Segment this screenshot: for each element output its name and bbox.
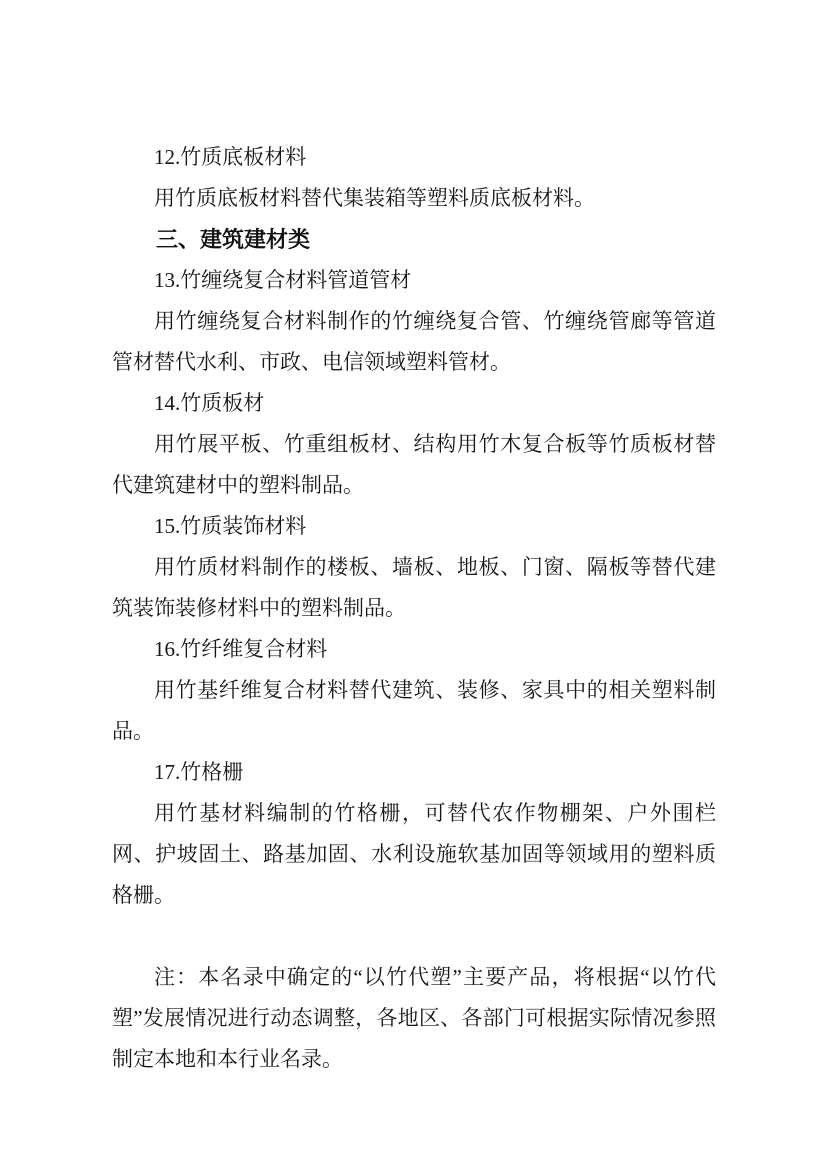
section-heading: 三、建筑建材类	[112, 219, 716, 260]
document-page: 12.竹质底板材料用竹质底板材料替代集装箱等塑料质底板材料。三、建筑建材类13.…	[0, 0, 826, 1169]
paragraph: 注：本名录中确定的“以竹代塑”主要产品，将根据“以竹代塑”发展情况进行动态调整，…	[112, 957, 716, 1080]
paragraph: 用竹缠绕复合材料制作的竹缠绕复合管、竹缠绕管廊等管道管材替代水利、市政、电信领域…	[112, 301, 716, 383]
item-title: 15.竹质装饰材料	[112, 506, 716, 547]
spacer	[112, 916, 716, 957]
paragraph: 用竹质底板材料替代集装箱等塑料质底板材料。	[112, 178, 716, 219]
paragraph: 用竹质材料制作的楼板、墙板、地板、门窗、隔板等替代建筑装饰装修材料中的塑料制品。	[112, 547, 716, 629]
item-title: 14.竹质板材	[112, 383, 716, 424]
item-title: 12.竹质底板材料	[112, 137, 716, 178]
paragraph: 用竹基材料编制的竹格栅，可替代农作物棚架、户外围栏网、护坡固土、路基加固、水利设…	[112, 793, 716, 916]
item-title: 16.竹纤维复合材料	[112, 629, 716, 670]
paragraph: 用竹展平板、竹重组板材、结构用竹木复合板等竹质板材替代建筑建材中的塑料制品。	[112, 424, 716, 506]
document-content: 12.竹质底板材料用竹质底板材料替代集装箱等塑料质底板材料。三、建筑建材类13.…	[112, 137, 716, 1080]
item-title: 17.竹格栅	[112, 752, 716, 793]
item-title: 13.竹缠绕复合材料管道管材	[112, 260, 716, 301]
paragraph: 用竹基纤维复合材料替代建筑、装修、家具中的相关塑料制品。	[112, 670, 716, 752]
